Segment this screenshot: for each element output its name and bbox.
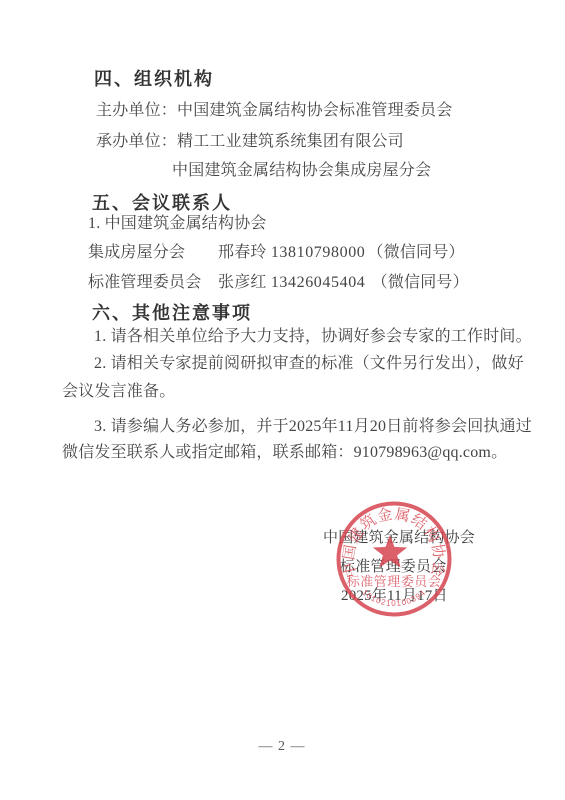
- signature-dept: 标准管理委员会: [340, 557, 446, 577]
- undertaker-unit-label: 承办单位：: [96, 133, 177, 150]
- section-contacts-heading: 五、会议联系人: [92, 192, 232, 214]
- contact-note: （微信同号）: [372, 274, 469, 291]
- contact-phone: 13810798000: [271, 244, 366, 261]
- note-item-2-line-2: 会议发言准备。: [62, 382, 175, 402]
- undertaker-unit-value: 精工工业建筑系统集团有限公司: [177, 133, 404, 150]
- contact-note: （微信同号）: [367, 244, 464, 261]
- host-unit-value: 中国建筑金属结构协会标准管理委员会: [177, 102, 452, 119]
- signature-org: 中国建筑金属结构协会: [323, 528, 475, 548]
- contact-name: 张彦红: [218, 274, 267, 291]
- section-org-heading: 四、组织机构: [94, 68, 214, 90]
- host-unit-line: 主办单位：中国建筑金属结构协会标准管理委员会: [96, 101, 452, 121]
- host-unit-label: 主办单位：: [96, 102, 177, 119]
- contact-row: 标准管理委员会张彦红 13426045404 （微信同号）: [88, 273, 469, 293]
- page-number: — 2 —: [202, 737, 362, 757]
- undertaker-unit-value2: 中国建筑金属结构协会集成房屋分会: [172, 161, 431, 181]
- document-page: 四、组织机构 主办单位：中国建筑金属结构协会标准管理委员会 承办单位：精工工业建…: [0, 0, 565, 800]
- signature-date: 2025年11月17日: [341, 586, 448, 606]
- undertaker-unit-line: 承办单位：精工工业建筑系统集团有限公司: [96, 132, 404, 152]
- note-item-1: 1. 请各相关单位给予大力支持，协调好参会专家的工作时间。: [94, 327, 532, 347]
- note-item-3-line-1: 3. 请参编人务必参加，并于2025年11月20日前将参会回执通过: [94, 417, 532, 437]
- note-item-2-line-1: 2. 请相关专家提前阅研拟审查的标准（文件另行发出），做好: [94, 354, 524, 374]
- contact-dept: 集成房屋分会: [88, 243, 218, 263]
- contact-row: 集成房屋分会邢春玲 13810798000（微信同号）: [88, 243, 465, 263]
- note-item-3-line-2: 微信发至联系人或指定邮箱，联系邮箱：910798963@qq.com。: [62, 443, 507, 463]
- section-notes-heading: 六、其他注意事项: [92, 302, 252, 324]
- contacts-org-item: 1. 中国建筑金属结构协会: [88, 214, 267, 234]
- contact-dept: 标准管理委员会: [88, 273, 218, 293]
- contact-name: 邢春玲: [218, 244, 267, 261]
- contact-phone: 13426045404: [271, 274, 366, 291]
